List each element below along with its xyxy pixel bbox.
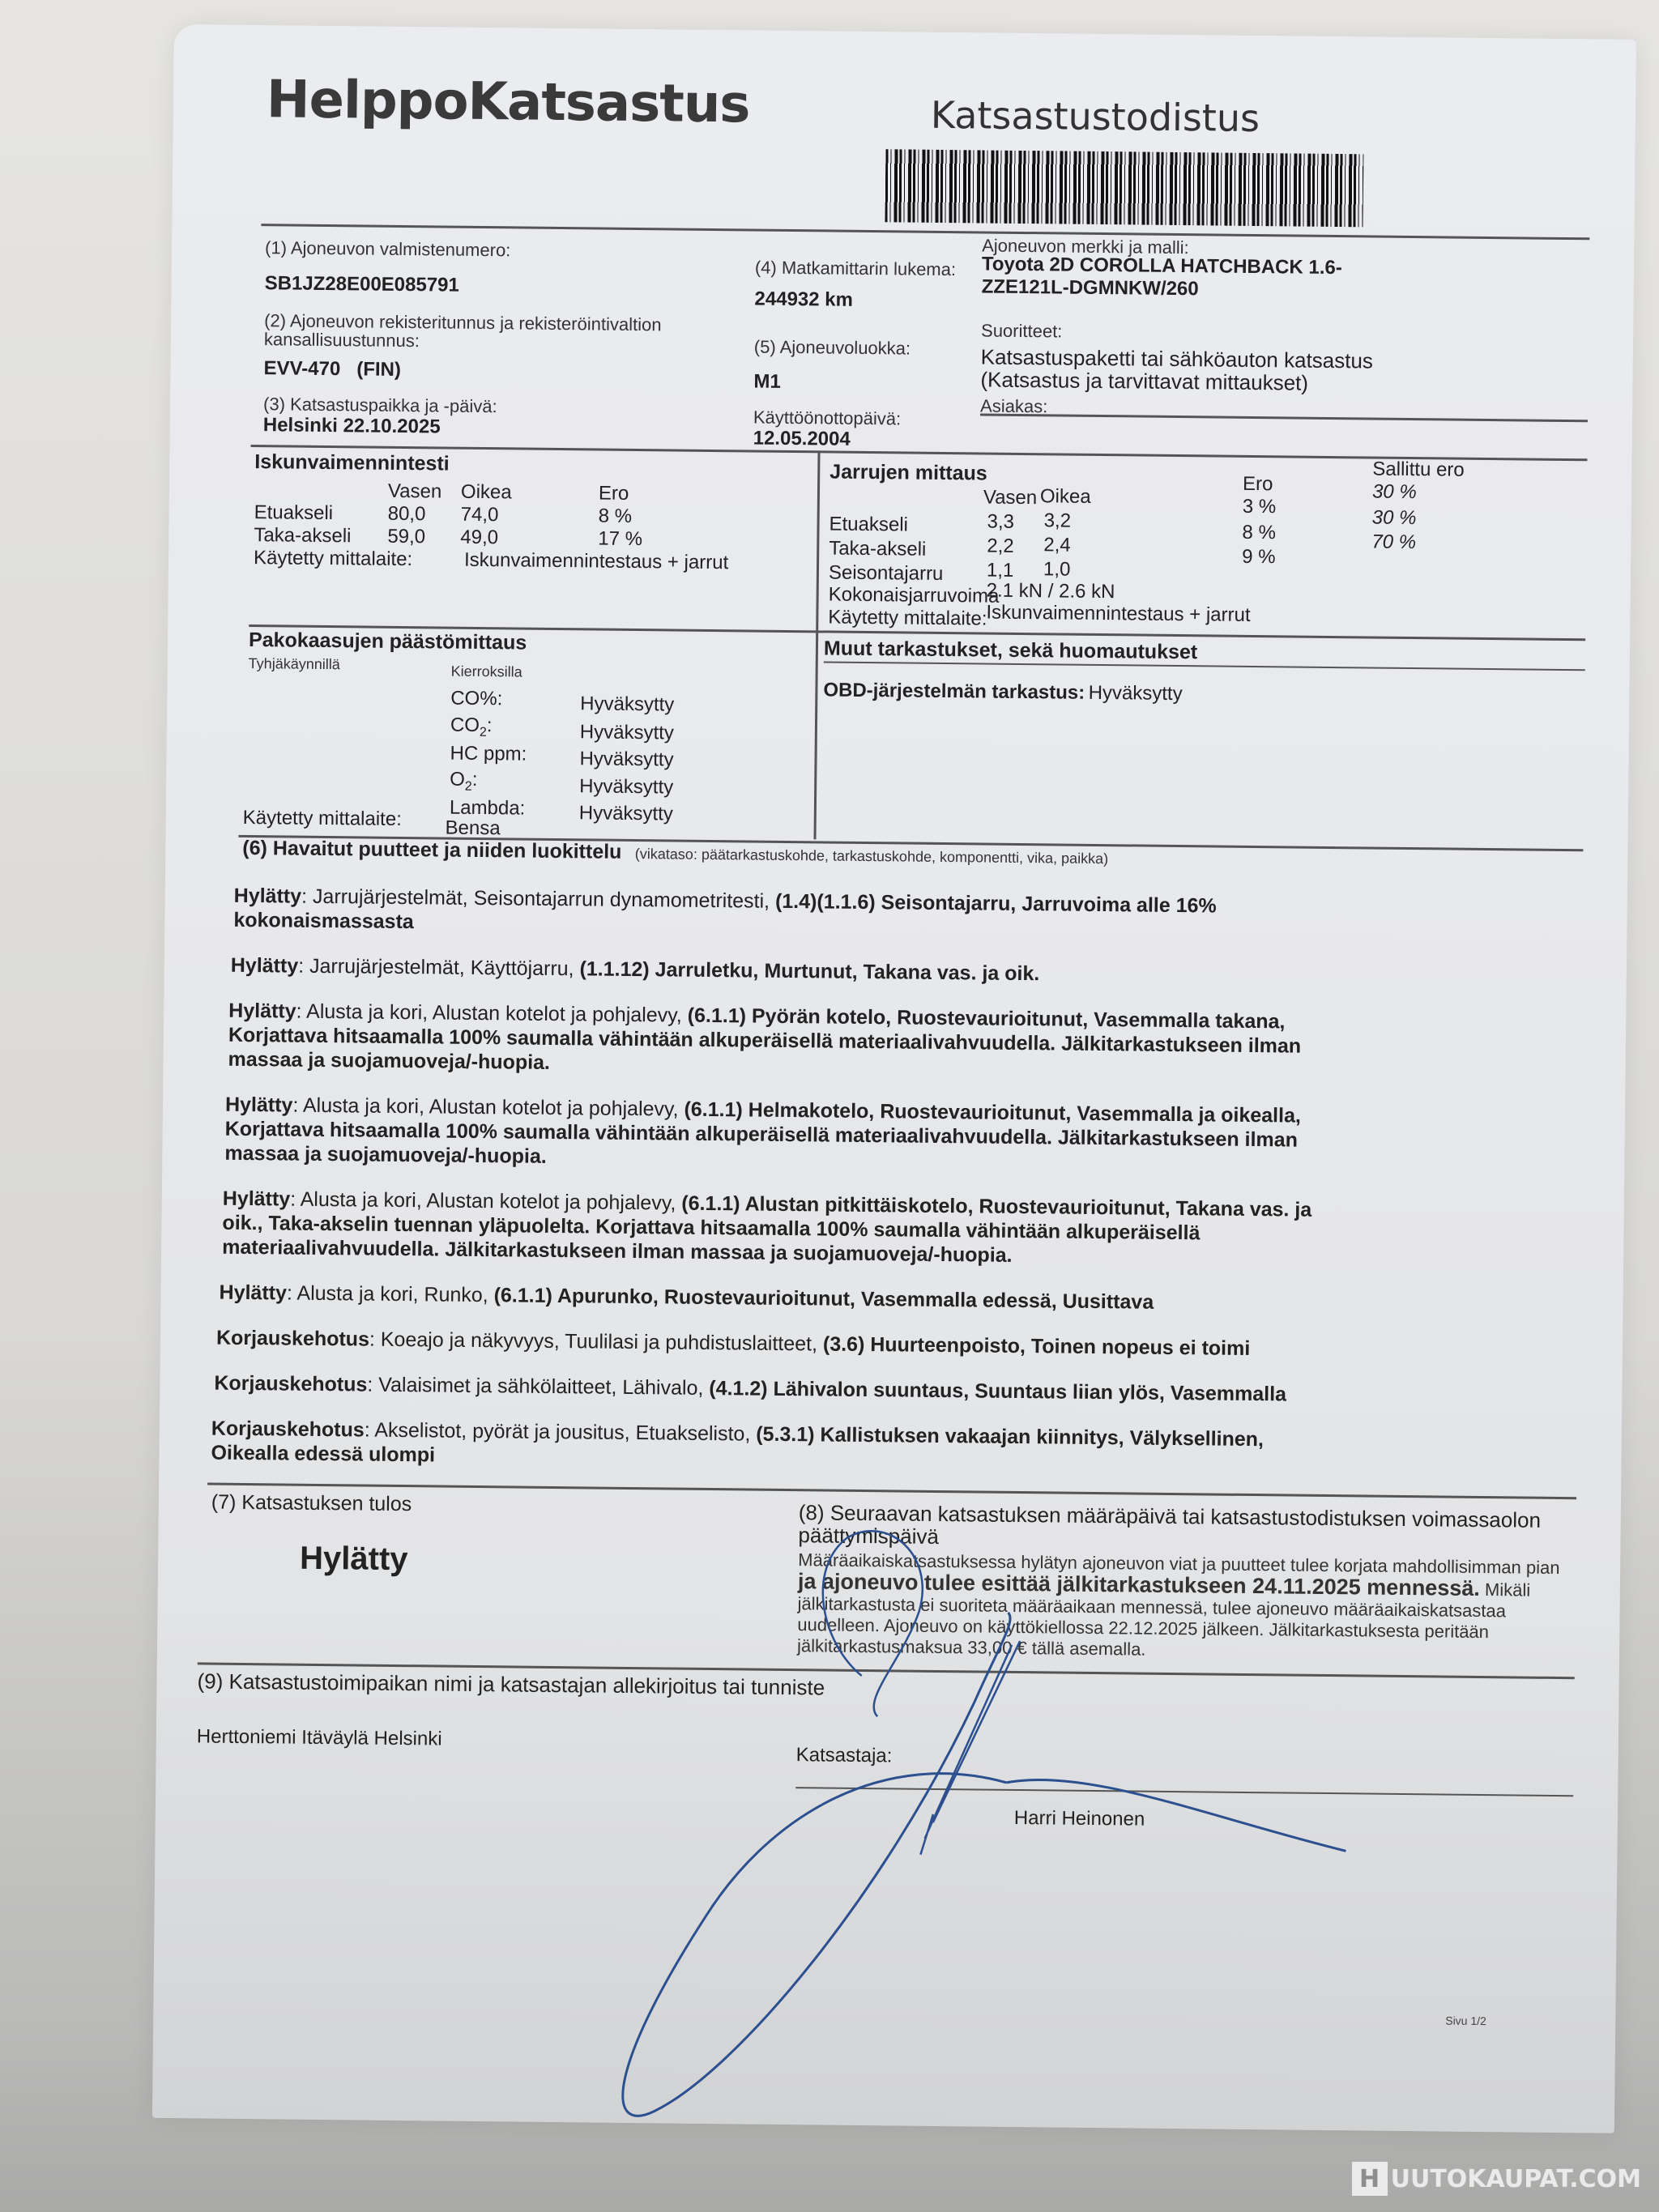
emission-value-lambda: Hyväksytty	[579, 802, 673, 825]
defect-category: : Valaisimet ja sähkölaitteet, Lähivalo,	[367, 1374, 709, 1400]
defect-list: Hylätty: Jarrujärjestelmät, Seisontajarr…	[228, 884, 1368, 1498]
divider	[980, 413, 1588, 422]
defect-description: (4.1.2) Lähivalon suuntaus, Suuntaus lii…	[709, 1377, 1286, 1405]
defect-level: Hylätty	[225, 1093, 293, 1117]
defect-category: : Akselistot, pyörät ja jousitus, Etuaks…	[365, 1419, 757, 1446]
emission-value-o2: Hyväksytty	[579, 775, 673, 799]
brake-row-label: Etuakseli	[829, 514, 908, 537]
brake-row-right: 3,2	[1043, 509, 1071, 532]
brake-row-allowed: 70 %	[1371, 531, 1416, 555]
brake-col-diff: Ero	[1243, 473, 1273, 496]
brake-col-allowed: Sallittu ero	[1372, 458, 1465, 482]
other-checks-title: Muut tarkastukset, sekä huomautukset	[824, 637, 1198, 664]
emissions-rpm-label: Kierroksilla	[451, 663, 522, 681]
inspection-certificate-paper: HelppoKatsastus Katsastustodistus (1) Aj…	[152, 24, 1636, 2133]
station-name: Herttoniemi Itäväylä Helsinki	[197, 1725, 442, 1750]
brake-row-right: 1,0	[1043, 558, 1071, 581]
emission-label-co2: CO2:	[450, 714, 493, 740]
emissions-idle-label: Tyhjäkäynnillä	[249, 655, 340, 673]
place-value: Helsinki 22.10.2025	[263, 414, 441, 438]
brake-row-left: 3,3	[987, 511, 1014, 534]
defect-level: Hylätty	[228, 999, 296, 1023]
signature-line	[795, 1787, 1573, 1796]
shock-device-label: Käytetty mittalaite:	[254, 547, 412, 571]
services-value-2: (Katsastus ja tarvittavat mittaukset)	[980, 367, 1308, 395]
defect-item: Hylätty: Alusta ja kori, Runko, (6.1.1) …	[219, 1281, 1312, 1316]
defect-description: (3.6) Huurteenpoisto, Toinen nopeus ei t…	[823, 1332, 1251, 1360]
watermark-text: UUTOKAUPAT.COM	[1391, 2165, 1641, 2193]
defect-category: : Alusta ja kori, Alustan kotelot ja poh…	[292, 1094, 684, 1121]
watermark-logo-icon: H	[1352, 2162, 1388, 2196]
defect-level: Korjauskehotus	[211, 1417, 365, 1442]
make-value-2: ZZE121L-DGMNKW/260	[982, 275, 1199, 300]
emission-label-o2: O2:	[450, 769, 478, 795]
result-title: (7) Katsastuksen tulos	[211, 1491, 412, 1517]
shock-row-right: 74,0	[461, 504, 499, 526]
emission-label-hc: HC ppm:	[450, 743, 527, 766]
defects-subtitle: (vikataso: päätarkastuskohde, tarkastusk…	[635, 846, 1108, 867]
first-use-label: Käyttöönottopäivä:	[753, 407, 902, 430]
shock-row-diff: 8 %	[599, 505, 633, 528]
result-value: Hylätty	[300, 1541, 408, 1578]
shock-row-label: Taka-akseli	[254, 524, 351, 548]
defect-item: Hylätty: Jarrujärjestelmät, Seisontajarr…	[233, 884, 1328, 944]
defect-item: Hylätty: Alusta ja kori, Alustan kotelot…	[222, 1187, 1316, 1271]
brake-row-right: 2,4	[1043, 534, 1071, 556]
brake-total-value: 2.1 kN / 2.6 kN	[987, 580, 1115, 604]
watermark: H UUTOKAUPAT.COM	[1352, 2162, 1641, 2196]
defect-level: Hylätty	[219, 1281, 287, 1305]
brake-test-title: Jarrujen mittaus	[829, 461, 987, 486]
inspector-label: Katsastaja:	[796, 1744, 893, 1767]
emission-value-co2: Hyväksytty	[580, 721, 674, 744]
divider	[824, 661, 1585, 671]
brake-row-diff: 3 %	[1243, 496, 1277, 518]
divider	[261, 224, 1589, 240]
brake-row-allowed: 30 %	[1372, 481, 1417, 505]
defect-category: : Alusta ja kori, Runko,	[287, 1282, 494, 1307]
obd-check: OBD-järjestelmän tarkastus: Hyväksytty	[823, 679, 1183, 705]
obd-label: OBD-järjestelmän tarkastus:	[823, 679, 1085, 703]
page-number: Sivu 1/2	[1445, 2014, 1486, 2028]
defect-description: (1.1.12) Jarruletku, Murtunut, Takana va…	[579, 957, 1039, 985]
emission-value-co: Hyväksytty	[580, 693, 674, 716]
brake-device-label: Käytetty mittalaite:	[828, 606, 987, 630]
emission-label-co: CO%:	[450, 688, 502, 711]
class-label: (5) Ajoneuvoluokka:	[754, 337, 911, 360]
defect-category: : Jarrujärjestelmät, Seisontajarrun dyna…	[301, 885, 775, 913]
shock-row-left: 80,0	[388, 503, 426, 526]
brake-row-label: Seisontajarru	[829, 561, 944, 585]
next-inspection-text: Määräaikaiskatsastuksessa hylätyn ajoneu…	[797, 1549, 1576, 1664]
defect-level: Hylätty	[234, 884, 302, 908]
inspector-name: Harri Heinonen	[1014, 1807, 1145, 1831]
defect-category: : Alusta ja kori, Alustan kotelot ja poh…	[296, 1000, 687, 1027]
defect-item: Hylätty: Alusta ja kori, Alustan kotelot…	[224, 1093, 1319, 1177]
shock-row-label: Etuakseli	[254, 501, 334, 525]
defect-item: Korjauskehotus: Valaisimet ja sähkölaitt…	[214, 1371, 1307, 1407]
shock-col-right: Oikea	[461, 481, 512, 505]
obd-value: Hyväksytty	[1089, 682, 1183, 705]
next-inspection-title: (8) Seuraavan katsastuksen määräpäivä ta…	[798, 1501, 1576, 1554]
shock-row-right: 49,0	[460, 526, 498, 549]
defect-item: Korjauskehotus: Akselistot, pyörät ja jo…	[211, 1417, 1305, 1477]
reg-label-2: kansallisuustunnus:	[264, 329, 420, 352]
shock-test-title: Iskunvaimennintesti	[254, 450, 450, 476]
brake-col-right: Oikea	[1040, 485, 1091, 509]
shock-device-value: Iskunvaimennintestaus + jarrut	[464, 549, 728, 574]
shock-row-diff: 17 %	[598, 528, 642, 552]
emissions-title: Pakokaasujen päästömittaus	[249, 629, 527, 655]
shock-col-left: Vasen	[388, 480, 442, 504]
shock-col-diff: Ero	[599, 483, 629, 505]
brake-col-left: Vasen	[983, 486, 1038, 509]
brake-row-allowed: 30 %	[1372, 507, 1417, 531]
class-value: M1	[753, 371, 781, 394]
defects-header: (6) Havaitut puutteet ja niiden luokitte…	[242, 837, 1108, 869]
defect-category: : Koeajo ja näkyvyys, Tuulilasi ja puhdi…	[369, 1328, 823, 1356]
defect-category: : Jarrujärjestelmät, Käyttöjarru,	[298, 955, 580, 981]
barcode-icon	[885, 149, 1363, 227]
emissions-device-label: Käytetty mittalaite:	[243, 807, 402, 831]
emission-value-hc: Hyväksytty	[579, 748, 673, 771]
brake-device-value: Iskunvaimennintestaus + jarrut	[986, 602, 1250, 627]
defect-category: : Alusta ja kori, Alustan kotelot ja poh…	[290, 1188, 681, 1215]
column-divider	[814, 450, 821, 839]
defect-level: Hylätty	[223, 1187, 291, 1211]
brand-logo: HelppoKatsastus	[267, 70, 750, 134]
odometer-value: 244932 km	[754, 288, 853, 312]
brake-row-left: 2,2	[987, 535, 1014, 558]
odometer-label: (4) Matkamittarin lukema:	[755, 258, 956, 281]
brake-total-label: Kokonaisjarruvoima	[829, 583, 1000, 607]
vin-value: SB1JZ28E00E085791	[265, 272, 459, 297]
brake-row-label: Taka-akseli	[829, 538, 926, 561]
vin-label: (1) Ajoneuvon valmistenumero:	[265, 237, 511, 261]
defect-level: Korjauskehotus	[214, 1372, 367, 1396]
defects-title: (6) Havaitut puutteet ja niiden luokitte…	[242, 837, 621, 863]
brake-row-diff: 9 %	[1242, 546, 1276, 569]
defect-item: Hylätty: Alusta ja kori, Alustan kotelot…	[228, 999, 1322, 1083]
shock-row-left: 59,0	[387, 526, 425, 548]
defect-item: Hylätty: Jarrujärjestelmät, Käyttöjarru,…	[231, 953, 1324, 989]
signature-title: (9) Katsastustoimipaikan nimi ja katsast…	[197, 1669, 825, 1700]
services-label: Suoritteet:	[981, 320, 1063, 342]
first-use-value: 12.05.2004	[753, 428, 851, 451]
defect-description: (6.1.1) Apurunko, Ruostevaurioitunut, Va…	[494, 1284, 1154, 1314]
reg-value: EVV-470 (FIN)	[263, 357, 401, 381]
defect-level: Korjauskehotus	[216, 1327, 369, 1351]
defect-level: Hylätty	[231, 954, 299, 978]
defect-item: Korjauskehotus: Koeajo ja näkyvyys, Tuul…	[216, 1326, 1310, 1362]
next-inspection: (8) Seuraavan katsastuksen määräpäivä ta…	[797, 1501, 1576, 1664]
document-title: Katsastustodistus	[931, 93, 1260, 140]
brake-row-diff: 8 %	[1242, 522, 1276, 544]
